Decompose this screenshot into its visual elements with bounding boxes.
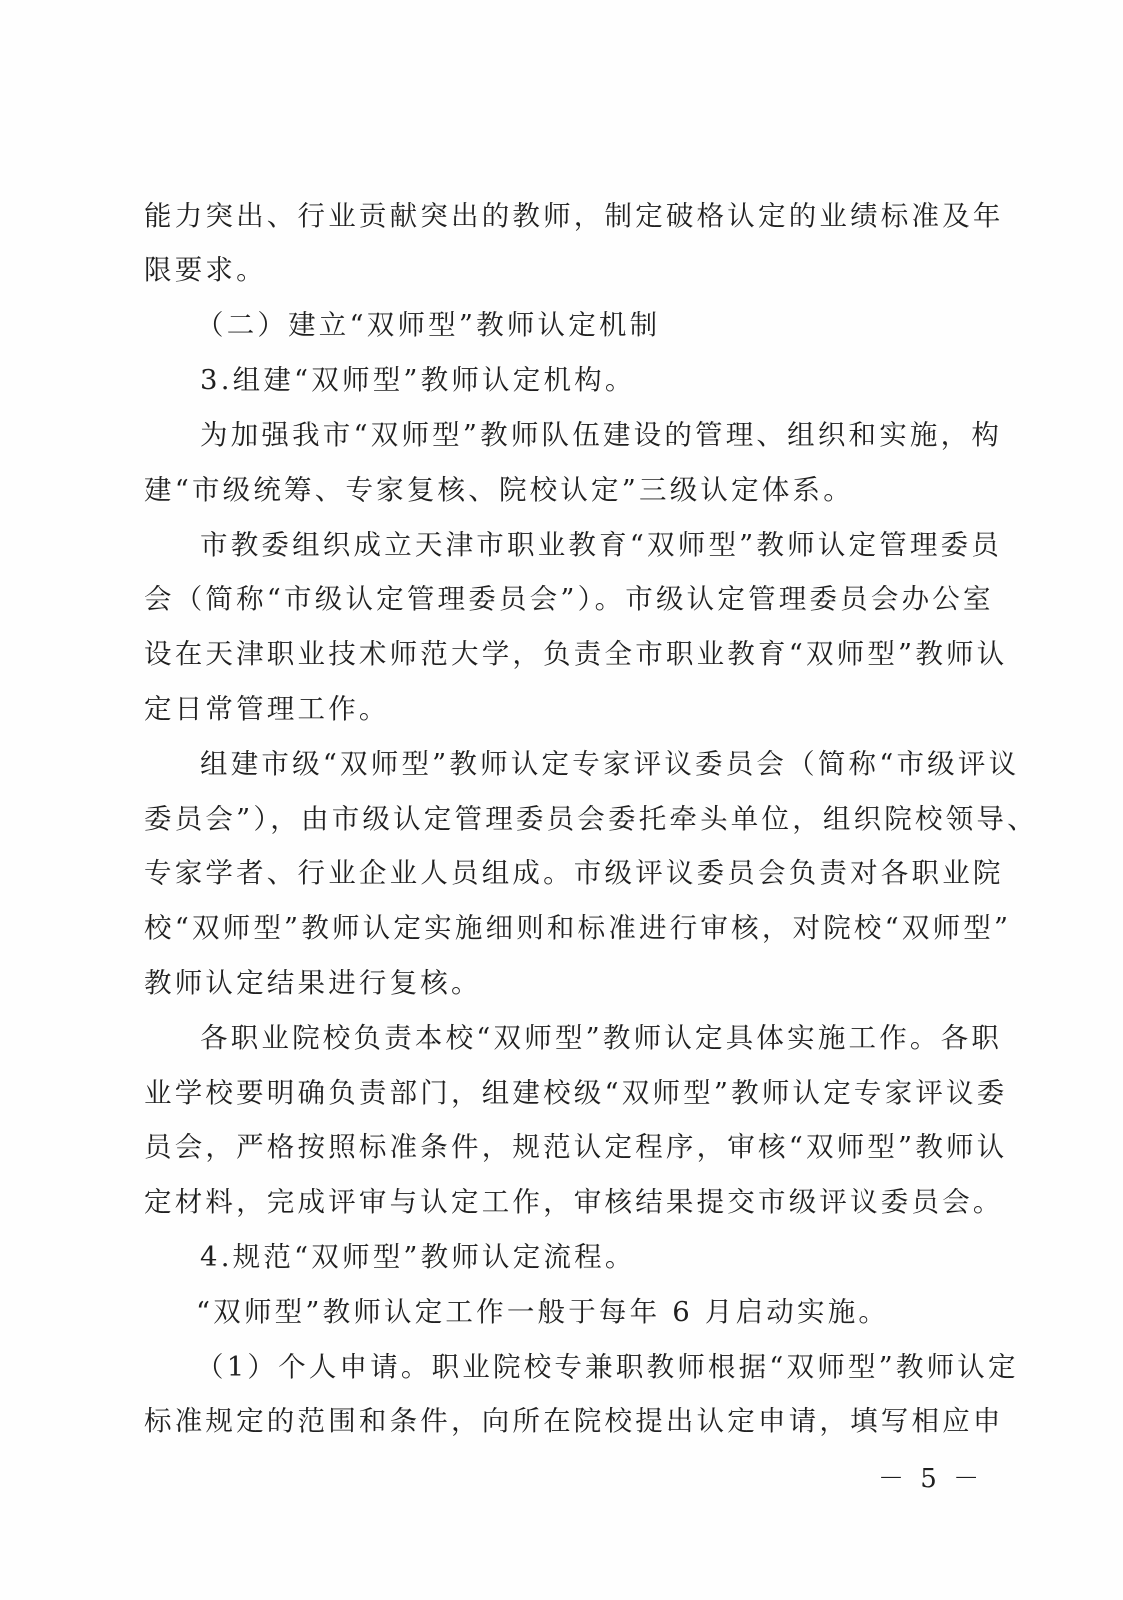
paragraph-line: 建“市级统筹、专家复核、院校认定”三级认定体系。 bbox=[144, 472, 984, 508]
paragraph-line: “双师型”教师认定工作一般于每年 6 月启动实施。 bbox=[196, 1294, 1036, 1330]
paragraph-line: 员会，严格按照标准条件，规范认定程序，审核“双师型”教师认 bbox=[144, 1129, 984, 1165]
paragraph-line: 市教委组织成立天津市职业教育“双师型”教师认定管理委员 bbox=[200, 527, 1040, 563]
paragraph-line: （1）个人申请。职业院校专兼职教师根据“双师型”教师认定 bbox=[196, 1349, 1036, 1385]
paragraph-line: 教师认定结果进行复核。 bbox=[144, 965, 984, 1001]
paragraph-line: 设在天津职业技术师范大学，负责全市职业教育“双师型”教师认 bbox=[144, 636, 984, 672]
document-page: 能力突出、行业贡献突出的教师，制定破格认定的业绩标准及年 限要求。 （二）建立“… bbox=[0, 0, 1123, 1600]
paragraph-line: 各职业院校负责本校“双师型”教师认定具体实施工作。各职 bbox=[200, 1020, 1040, 1056]
paragraph-line: 业学校要明确负责部门，组建校级“双师型”教师认定专家评议委 bbox=[144, 1075, 984, 1111]
paragraph-line: 组建市级“双师型”教师认定专家评议委员会（简称“市级评议 bbox=[200, 746, 1040, 782]
paragraph-line: 定材料，完成评审与认定工作，审核结果提交市级评议委员会。 bbox=[144, 1184, 984, 1220]
paragraph-line: 委员会”），由市级认定管理委员会委托牵头单位，组织院校领导、 bbox=[144, 801, 984, 837]
paragraph-line: 为加强我市“双师型”教师队伍建设的管理、组织和实施，构 bbox=[200, 417, 1040, 453]
paragraph-line: 专家学者、行业企业人员组成。市级评议委员会负责对各职业院 bbox=[144, 855, 984, 891]
paragraph-line: 会（简称“市级认定管理委员会”）。市级认定管理委员会办公室 bbox=[144, 581, 984, 617]
page-number: － 5 － bbox=[878, 1458, 983, 1495]
subsection-heading: 3.组建“双师型”教师认定机构。 bbox=[200, 362, 1040, 398]
paragraph-line: 标准规定的范围和条件，向所在院校提出认定申请，填写相应申 bbox=[144, 1403, 984, 1439]
paragraph-line: 校“双师型”教师认定实施细则和标准进行审核，对院校“双师型” bbox=[144, 910, 984, 946]
paragraph-line: 能力突出、行业贡献突出的教师，制定破格认定的业绩标准及年 bbox=[144, 198, 984, 234]
section-heading: （二）建立“双师型”教师认定机制 bbox=[196, 307, 1036, 343]
subsection-heading: 4.规范“双师型”教师认定流程。 bbox=[200, 1239, 1040, 1275]
paragraph-line: 限要求。 bbox=[144, 252, 984, 288]
paragraph-line: 定日常管理工作。 bbox=[144, 691, 984, 727]
